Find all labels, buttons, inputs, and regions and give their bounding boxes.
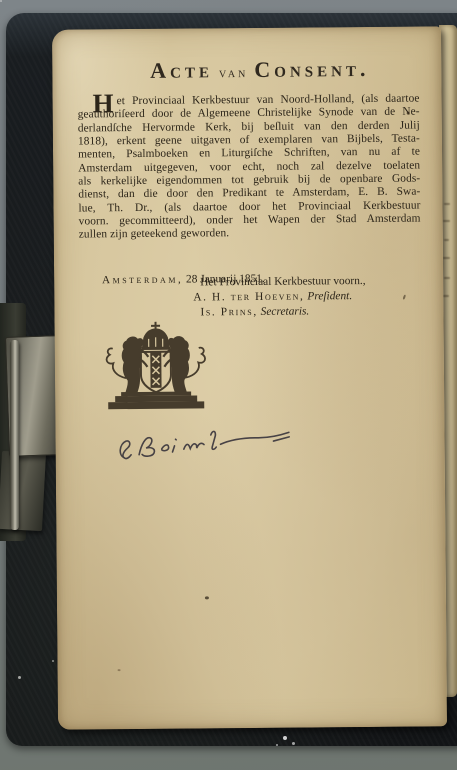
- president-name: A. H. ter Hoeven,: [193, 290, 304, 303]
- clasp-hinge-pin: [10, 340, 19, 530]
- dust-speck: [292, 742, 295, 745]
- photo-of-book-page: Acte van Consent. H et Provinciaal Kerkb…: [0, 0, 457, 770]
- president-line: A. H. ter Hoeven, Preſident.: [193, 289, 366, 305]
- signatory-block: Het Provinciaal Kerkbestuur voorn., A. H…: [200, 274, 366, 320]
- dust-speck: [276, 744, 278, 746]
- book-page: Acte van Consent. H et Provinciaal Kerkb…: [52, 26, 447, 729]
- body-paragraph: et Provinciaal Kerkbestuur van Noord-Hol…: [78, 93, 421, 243]
- signatory-org-line: Het Provinciaal Kerkbestuur voorn.,: [200, 274, 366, 290]
- body-line: zullen zijn geteekend geworden.: [79, 226, 421, 242]
- ink-speck: [205, 596, 209, 599]
- president-title: Preſident.: [307, 290, 352, 302]
- title-word: van: [219, 66, 249, 81]
- dust-speck: [18, 676, 21, 679]
- dust-speck: [283, 736, 287, 740]
- secretary-name: Is. Prins,: [200, 306, 257, 319]
- ink-speck: [403, 294, 407, 299]
- ink-speck: [118, 669, 121, 671]
- dust-speck: [52, 660, 54, 662]
- page-title: Acte van Consent.: [65, 55, 454, 84]
- clasp-lower-plate: [0, 451, 46, 531]
- secretary-title: Secretaris.: [261, 305, 310, 317]
- dust-speck: [0, 0, 2, 2]
- ink-speck: [407, 112, 410, 115]
- secretary-line: Is. Prins, Secretaris.: [200, 304, 366, 320]
- amsterdam-coat-of-arms-emblem: [91, 320, 220, 416]
- date-place: Amsterdam,: [102, 274, 183, 287]
- handwritten-signature: E. B. Swalue: [112, 417, 300, 473]
- title-word: Consent.: [254, 56, 369, 82]
- title-word: Acte: [150, 57, 213, 83]
